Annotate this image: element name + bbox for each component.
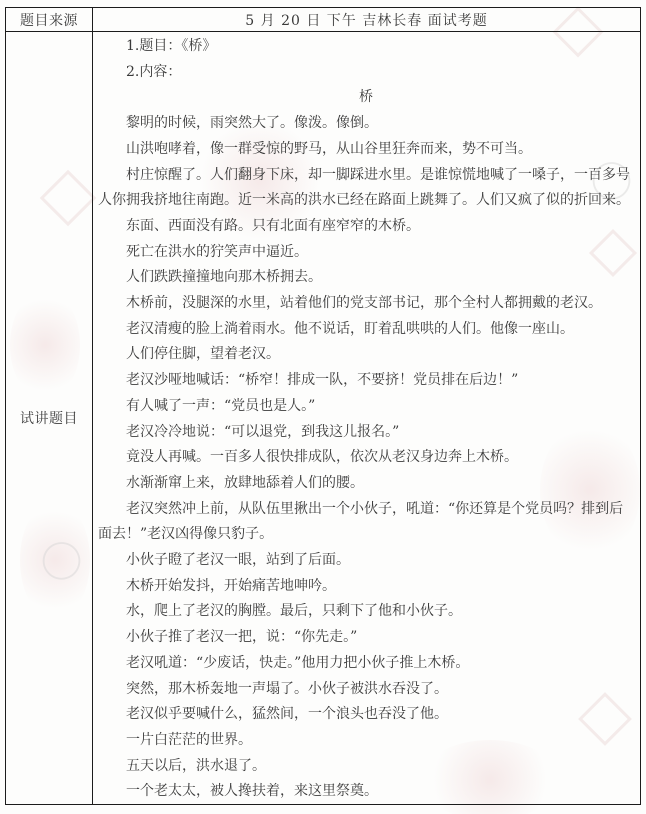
passage-paragraph: 水渐渐窜上来，放肆地舔着人们的腰。 — [98, 471, 634, 497]
passage-paragraph: 小伙子推了老汉一把，说：“你先走。” — [98, 625, 634, 651]
topic-label-cell: 试讲题目 — [6, 32, 93, 804]
item-title: 1.题目：《桥》 — [98, 34, 634, 60]
passage-body: 黎明的时候，雨突然大了。像泼。像倒。山洪咆哮着，像一群受惊的野马，从山谷里狂奔而… — [98, 111, 634, 804]
passage-paragraph: 一片白茫茫的世界。 — [98, 728, 634, 754]
passage-title: 桥 — [98, 85, 634, 111]
passage-paragraph: 黎明的时候，雨突然大了。像泼。像倒。 — [98, 111, 634, 137]
source-value-cell: 5 月 20 日 下午 吉林长春 面试考题 — [93, 8, 640, 32]
passage-paragraph: 老汉清瘦的脸上淌着雨水。他不说话，盯着乱哄哄的人们。他像一座山。 — [98, 317, 634, 343]
topic-content-cell: 1.题目：《桥》 2.内容： 桥 黎明的时候，雨突然大了。像泼。像倒。山洪咆哮着… — [93, 32, 640, 804]
passage-paragraph: 突然，那木桥轰地一声塌了。小伙子被洪水吞没了。 — [98, 677, 634, 703]
passage-paragraph: 老汉吼道：“少废话，快走。”他用力把小伙子推上木桥。 — [98, 651, 634, 677]
scanned-document-page: 〇 〇 题目来源 5 月 20 日 下午 吉林长春 面试考题 试讲题目 1.题目… — [0, 0, 646, 814]
source-header-cell: 题目来源 — [6, 8, 93, 32]
passage-paragraph: 老汉冷冷地说：“可以退党，到我这儿报名。” — [98, 420, 634, 446]
passage-paragraph: 有人喊了一声：“党员也是人。” — [98, 394, 634, 420]
passage-paragraph: 村庄惊醒了。人们翻身下床，却一脚踩进水里。是谁惊慌地喊了一嗓子，一百多号人你拥我… — [98, 163, 634, 214]
passage-paragraph: 山洪咆哮着，像一群受惊的野马，从山谷里狂奔而来，势不可当。 — [98, 137, 634, 163]
passage-paragraph: 一个老太太，被人搀扶着，来这里祭奠。 — [98, 779, 634, 804]
passage-paragraph: 老汉沙哑地喊话：“桥窄！排成一队，不要挤！党员排在后边！” — [98, 368, 634, 394]
passage-paragraph: 五天以后，洪水退了。 — [98, 754, 634, 780]
passage-paragraph: 死亡在洪水的狞笑声中逼近。 — [98, 240, 634, 266]
passage-paragraph: 木桥开始发抖，开始痛苦地呻吟。 — [98, 574, 634, 600]
passage-paragraph: 木桥前，没腿深的水里，站着他们的党支部书记，那个全村人都拥戴的老汉。 — [98, 291, 634, 317]
passage-paragraph: 人们跌跌撞撞地向那木桥拥去。 — [98, 265, 634, 291]
passage-paragraph: 小伙子瞪了老汉一眼，站到了后面。 — [98, 548, 634, 574]
item-content-label: 2.内容： — [98, 60, 634, 86]
passage-paragraph: 人们停住脚，望着老汉。 — [98, 342, 634, 368]
passage-paragraph: 水，爬上了老汉的胸膛。最后，只剩下了他和小伙子。 — [98, 599, 634, 625]
passage-paragraph: 东面、西面没有路。只有北面有座窄窄的木桥。 — [98, 214, 634, 240]
question-table: 题目来源 5 月 20 日 下午 吉林长春 面试考题 试讲题目 1.题目：《桥》… — [5, 7, 641, 805]
passage-paragraph: 老汉似乎要喊什么，猛然间，一个浪头也吞没了他。 — [98, 702, 634, 728]
passage-paragraph: 老汉突然冲上前，从队伍里揪出一个小伙子，吼道：“你还算是个党员吗？排到后面去！”… — [98, 497, 634, 548]
passage-paragraph: 竟没人再喊。一百多人很快排成队，依次从老汉身边奔上木桥。 — [98, 445, 634, 471]
